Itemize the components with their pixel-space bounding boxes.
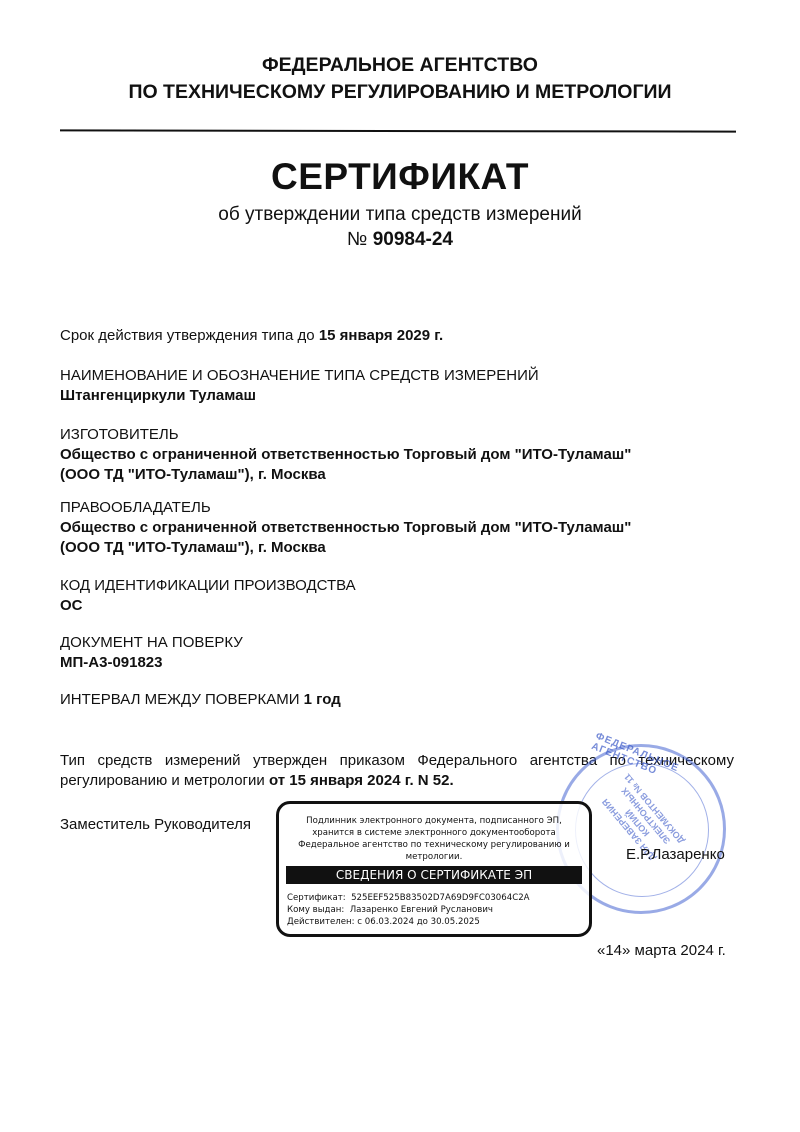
ep-notice-line-1: Подлинник электронного документа, подпис… bbox=[279, 815, 589, 827]
name-section: НАИМЕНОВАНИЕ И ОБОЗНАЧЕНИЕ ТИПА СРЕДСТВ … bbox=[60, 366, 539, 406]
signature-date: «14» марта 2024 г. bbox=[597, 942, 726, 959]
signer-name: Е.Р.Лазаренко bbox=[626, 846, 725, 863]
ep-valid-value: с 06.03.2024 до 30.05.2025 bbox=[357, 917, 480, 927]
name-label: НАИМЕНОВАНИЕ И ОБОЗНАЧЕНИЕ ТИПА СРЕДСТВ … bbox=[60, 366, 539, 386]
validity-line: Срок действия утверждения типа до 15 янв… bbox=[60, 326, 443, 346]
manufacturer-value-2: (ООО ТД "ИТО-Туламаш"), г. Москва bbox=[60, 465, 631, 485]
agency-line-2: ПО ТЕХНИЧЕСКОМУ РЕГУЛИРОВАНИЮ И МЕТРОЛОГ… bbox=[0, 79, 800, 106]
ep-cert-label: Сертификат: bbox=[287, 893, 346, 903]
ep-notice: Подлинник электронного документа, подпис… bbox=[279, 815, 589, 863]
ep-bar-title: СВЕДЕНИЯ О СЕРТИФИКАТЕ ЭП bbox=[286, 866, 582, 884]
rights-holder-value-1: Общество с ограниченной ответственностью… bbox=[60, 518, 631, 538]
electronic-signature-stamp: Подлинник электронного документа, подпис… bbox=[276, 801, 592, 937]
verification-document-section: ДОКУМЕНТ НА ПОВЕРКУ МП-А3-091823 bbox=[60, 633, 243, 673]
rights-holder-value-2: (ООО ТД "ИТО-Туламаш"), г. Москва bbox=[60, 538, 631, 558]
ep-issued-row: Кому выдан: Лазаренко Евгений Русланович bbox=[287, 904, 530, 916]
rights-holder-label: ПРАВООБЛАДАТЕЛЬ bbox=[60, 498, 631, 518]
production-code-label: КОД ИДЕНТИФИКАЦИИ ПРОИЗВОДСТВА bbox=[60, 576, 356, 596]
verification-interval-value: 1 год bbox=[304, 691, 341, 708]
ep-notice-line-4: метрологии. bbox=[279, 851, 589, 863]
verification-interval-line: ИНТЕРВАЛ МЕЖДУ ПОВЕРКАМИ 1 год bbox=[60, 690, 341, 710]
name-value: Штангенциркули Туламаш bbox=[60, 386, 539, 406]
certificate-number: № 90984-24 bbox=[0, 229, 800, 251]
order-date-number: от 15 января 2024 г. N 52. bbox=[269, 772, 454, 789]
rights-holder-section: ПРАВООБЛАДАТЕЛЬ Общество с ограниченной … bbox=[60, 498, 631, 558]
ep-valid-row: Действителен: с 06.03.2024 до 30.05.2025 bbox=[287, 916, 530, 928]
verification-interval-label: ИНТЕРВАЛ МЕЖДУ ПОВЕРКАМИ bbox=[60, 691, 300, 708]
manufacturer-label: ИЗГОТОВИТЕЛЬ bbox=[60, 425, 631, 445]
manufacturer-section: ИЗГОТОВИТЕЛЬ Общество с ограниченной отв… bbox=[60, 425, 631, 485]
ep-notice-line-3: Федеральное агентство по техническому ре… bbox=[279, 839, 589, 851]
verification-document-value: МП-А3-091823 bbox=[60, 653, 243, 673]
ep-valid-label: Действителен: bbox=[287, 917, 355, 927]
number-sign: № bbox=[347, 229, 367, 250]
ep-cert-value: 525EEF525B83502D7A69D9FC03064C2A bbox=[351, 893, 529, 903]
ep-cert-row: Сертификат: 525EEF525B83502D7A69D9FC0306… bbox=[287, 892, 530, 904]
ep-notice-line-2: хранится в системе электронного документ… bbox=[279, 827, 589, 839]
agency-header: ФЕДЕРАЛЬНОЕ АГЕНТСТВО ПО ТЕХНИЧЕСКОМУ РЕ… bbox=[0, 52, 800, 106]
agency-line-1: ФЕДЕРАЛЬНОЕ АГЕНТСТВО bbox=[0, 52, 800, 79]
ep-issued-label: Кому выдан: bbox=[287, 905, 344, 915]
certificate-title: СЕРТИФИКАТ bbox=[0, 156, 800, 198]
validity-label: Срок действия утверждения типа до bbox=[60, 327, 315, 344]
signatory-position: Заместитель Руководителя bbox=[60, 816, 251, 833]
validity-value: 15 января 2029 г. bbox=[319, 327, 443, 344]
number-value: 90984-24 bbox=[373, 229, 453, 250]
manufacturer-value-1: Общество с ограниченной ответственностью… bbox=[60, 445, 631, 465]
ep-details: Сертификат: 525EEF525B83502D7A69D9FC0306… bbox=[287, 892, 530, 928]
production-code-section: КОД ИДЕНТИФИКАЦИИ ПРОИЗВОДСТВА ОС bbox=[60, 576, 356, 616]
certificate-subtitle: об утверждении типа средств измерений bbox=[0, 204, 800, 226]
header-divider bbox=[60, 129, 736, 132]
verification-document-label: ДОКУМЕНТ НА ПОВЕРКУ bbox=[60, 633, 243, 653]
ep-issued-value: Лазаренко Евгений Русланович bbox=[350, 905, 493, 915]
production-code-value: ОС bbox=[60, 596, 356, 616]
